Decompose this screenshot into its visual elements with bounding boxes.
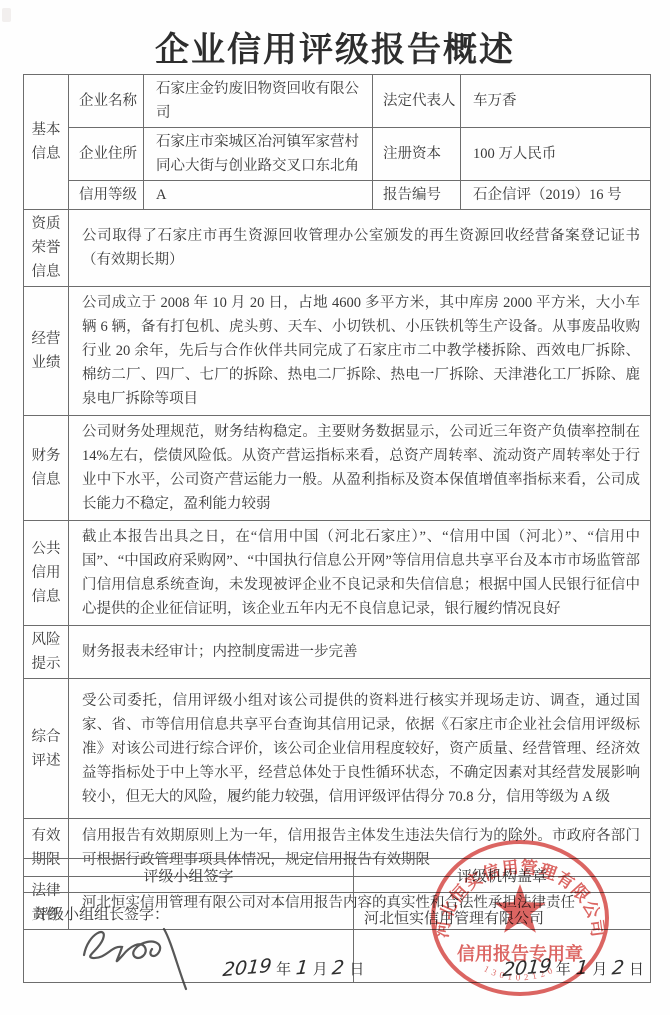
handwritten-year: 2019 — [500, 955, 553, 981]
section-text-comprehensive-review: 受公司委托，信用评级小组对该公司提供的资料进行核实并现场走访、调查，通过国家、省… — [69, 679, 651, 819]
handwritten-day: 2 — [610, 956, 626, 979]
section-row-qualifications: 资质荣誉信息 公司取得了石家庄市再生资源回收管理办公室颁发的再生资源回收经营备案… — [24, 210, 651, 287]
section-label-comprehensive-review: 综合评述 — [24, 679, 69, 819]
section-text-public-credit: 截止本报告出具之日，在“信用中国（河北石家庄）”、“信用中国（河北）”、“信用中… — [69, 521, 651, 626]
field-value-company-name: 石家庄金钓废旧物资回收有限公司 — [144, 75, 373, 128]
team-leader-signature-label: 评级小组组长签字： — [34, 903, 169, 924]
credit-report-table: 基本信息 企业名称 石家庄金钓废旧物资回收有限公司 法定代表人 车万香 企业住所… — [23, 74, 651, 930]
field-value-report-number: 石企信评（2019）16 号 — [461, 181, 651, 210]
table-row: 信用等级 A 报告编号 石企信评（2019）16 号 — [24, 181, 651, 210]
agency-name: 河北恒实信用管理有限公司 — [364, 907, 544, 928]
scan-smudge — [2, 8, 11, 22]
section-label-public-credit: 公共信用信息 — [24, 521, 69, 626]
team-leader-signature-cell: 评级小组组长签字： 2019 年 1 月 2 日 — [24, 893, 354, 983]
table-row: 企业住所 石家庄市栾城区冶河镇军家营村同心大街与创业路交叉口东北角 注册资本 1… — [24, 128, 651, 181]
section-row-business-performance: 经营业绩 公司成立于 2008 年 10 月 20 日，占地 4600 多平方米… — [24, 287, 651, 416]
field-label-legal-representative: 法定代表人 — [373, 75, 461, 128]
section-label-financial-info: 财务信息 — [24, 416, 69, 521]
section-text-financial-info: 公司财务处理规范，财务结构稳定。主要财务数据显示，公司近三年资产负债率控制在 1… — [69, 416, 651, 521]
field-value-credit-rating: A — [144, 181, 373, 210]
rating-team-signature-header: 评级小组签字 — [24, 859, 354, 893]
handwritten-month: 1 — [294, 956, 310, 979]
section-label-basic-info: 基本信息 — [24, 75, 69, 210]
field-value-legal-representative: 车万香 — [461, 75, 651, 128]
field-value-company-address: 石家庄市栾城区冶河镇军家营村同心大街与创业路交叉口东北角 — [144, 128, 373, 181]
handwritten-year: 2019 — [221, 955, 274, 981]
field-label-company-address: 企业住所 — [69, 128, 144, 181]
handwritten-month: 1 — [573, 956, 589, 979]
field-label-credit-rating: 信用等级 — [69, 181, 144, 210]
field-value-registered-capital: 100 万人民币 — [461, 128, 651, 181]
section-text-qualifications: 公司取得了石家庄市再生资源回收管理办公室颁发的再生资源回收经营备案登记证书（有效… — [69, 210, 651, 287]
month-char: 月 — [313, 962, 328, 978]
section-row-risk-alert: 风险提示 财务报表未经审计；内控制度需进一步完善 — [24, 626, 651, 679]
section-row-public-credit: 公共信用信息 截止本报告出具之日，在“信用中国（河北石家庄）”、“信用中国（河北… — [24, 521, 651, 626]
handwritten-day: 2 — [330, 956, 346, 979]
month-char: 月 — [592, 962, 607, 978]
section-label-qualifications: 资质荣誉信息 — [24, 210, 69, 287]
signature-header-row: 评级小组签字 评级机构盖章 — [24, 859, 651, 893]
signature-content-row: 评级小组组长签字： 2019 年 1 月 2 日 河北恒实信用管理有限公司 — [24, 893, 651, 983]
field-label-report-number: 报告编号 — [373, 181, 461, 210]
team-signature-date: 2019 年 1 月 2 日 — [222, 957, 364, 979]
day-char: 日 — [629, 962, 644, 978]
agency-seal-cell: 河北恒实信用管理有限公司 2019 年 1 月 2 日 — [354, 893, 651, 983]
year-char: 年 — [276, 962, 291, 978]
section-text-risk-alert: 财务报表未经审计；内控制度需进一步完善 — [69, 626, 651, 679]
agency-seal-date: 2019 年 1 月 2 日 — [502, 957, 644, 979]
section-text-business-performance: 公司成立于 2008 年 10 月 20 日，占地 4600 多平方米，其中库房… — [69, 287, 651, 416]
year-char: 年 — [556, 962, 571, 978]
table-row: 基本信息 企业名称 石家庄金钓废旧物资回收有限公司 法定代表人 车万香 — [24, 75, 651, 128]
field-label-company-name: 企业名称 — [69, 75, 144, 128]
section-label-business-performance: 经营业绩 — [24, 287, 69, 416]
rating-agency-seal-header: 评级机构盖章 — [354, 859, 651, 893]
handwritten-signature — [74, 915, 204, 990]
scanned-report-page: 企业信用评级报告概述 基本信息 企业名称 石家庄金钓废旧物资回收有限公司 法定代… — [0, 0, 670, 1015]
signature-table: 评级小组签字 评级机构盖章 评级小组组长签字： 2019 年 1 月 2 日 — [23, 858, 651, 983]
section-row-financial-info: 财务信息 公司财务处理规范，财务结构稳定。主要财务数据显示，公司近三年资产负债率… — [24, 416, 651, 521]
section-row-comprehensive-review: 综合评述 受公司委托，信用评级小组对该公司提供的资料进行核实并现场走访、调查，通… — [24, 679, 651, 819]
field-label-registered-capital: 注册资本 — [373, 128, 461, 181]
page-title: 企业信用评级报告概述 — [0, 22, 670, 71]
section-label-risk-alert: 风险提示 — [24, 626, 69, 679]
